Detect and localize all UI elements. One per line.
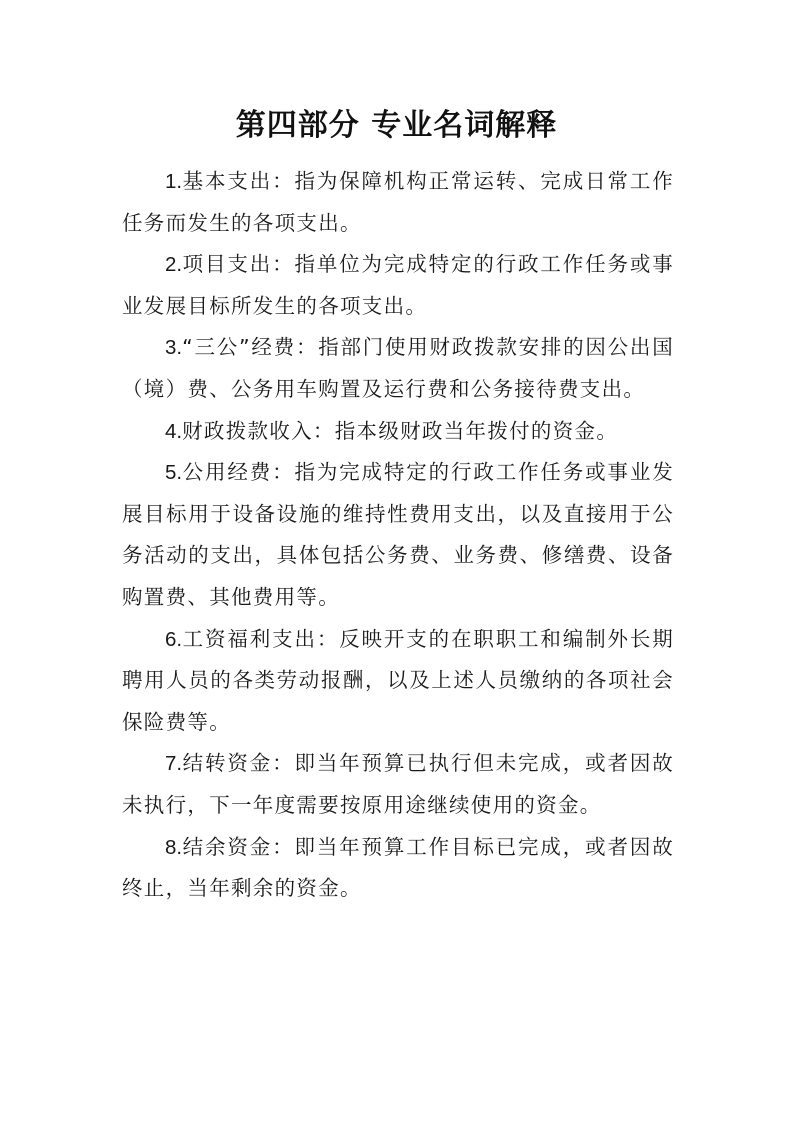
item-number: 2. (165, 253, 182, 276)
definition-item: 8.结余资金：即当年预算工作目标已完成，或者因故终止，当年剩余的资金。 (122, 827, 674, 910)
document-page: 第四部分 专业名词解释 1.基本支出：指为保障机构正常运转、完成日常工作任务而发… (0, 0, 793, 1122)
definition-item: 1.基本支出：指为保障机构正常运转、完成日常工作任务而发生的各项支出。 (122, 161, 674, 244)
definition-item: 7.结转资金：即当年预算已执行但未完成，或者因故未执行，下一年度需要按原用途继续… (122, 743, 674, 826)
page-title: 第四部分 专业名词解释 (0, 104, 793, 148)
item-term: 结余资金： (182, 835, 294, 859)
item-term: 基本支出： (182, 169, 294, 193)
item-term: 财政拨款收入： (182, 419, 335, 443)
item-number: 7. (165, 752, 182, 775)
item-number: 4. (165, 420, 182, 443)
item-term: “三公”经费： (182, 335, 318, 359)
item-number: 5. (165, 461, 182, 484)
item-term: 工资福利支出： (182, 627, 339, 651)
definition-item: 4.财政拨款收入：指本级财政当年拨付的资金。 (122, 411, 674, 453)
item-number: 8. (165, 836, 182, 859)
item-number: 3. (165, 336, 182, 359)
item-number: 1. (165, 170, 182, 193)
definition-item: 5.公用经费：指为完成特定的行政工作任务或事业发展目标用于设备设施的维持性费用支… (122, 452, 674, 618)
definition-item: 2.项目支出：指单位为完成特定的行政工作任务或事业发展目标所发生的各项支出。 (122, 244, 674, 327)
item-term: 结转资金： (182, 751, 294, 775)
item-term: 公用经费： (182, 460, 294, 484)
definition-item: 6.工资福利支出：反映开支的在职职工和编制外长期聘用人员的各类劳动报酬，以及上述… (122, 619, 674, 744)
item-definition: 指本级财政当年拨付的资金。 (335, 419, 618, 443)
definition-item: 3.“三公”经费：指部门使用财政拨款安排的因公出国（境）费、公务用车购置及运行费… (122, 327, 674, 410)
item-number: 6. (165, 628, 182, 651)
definitions-list: 1.基本支出：指为保障机构正常运转、完成日常工作任务而发生的各项支出。 2.项目… (122, 161, 674, 910)
item-term: 项目支出： (182, 252, 294, 276)
